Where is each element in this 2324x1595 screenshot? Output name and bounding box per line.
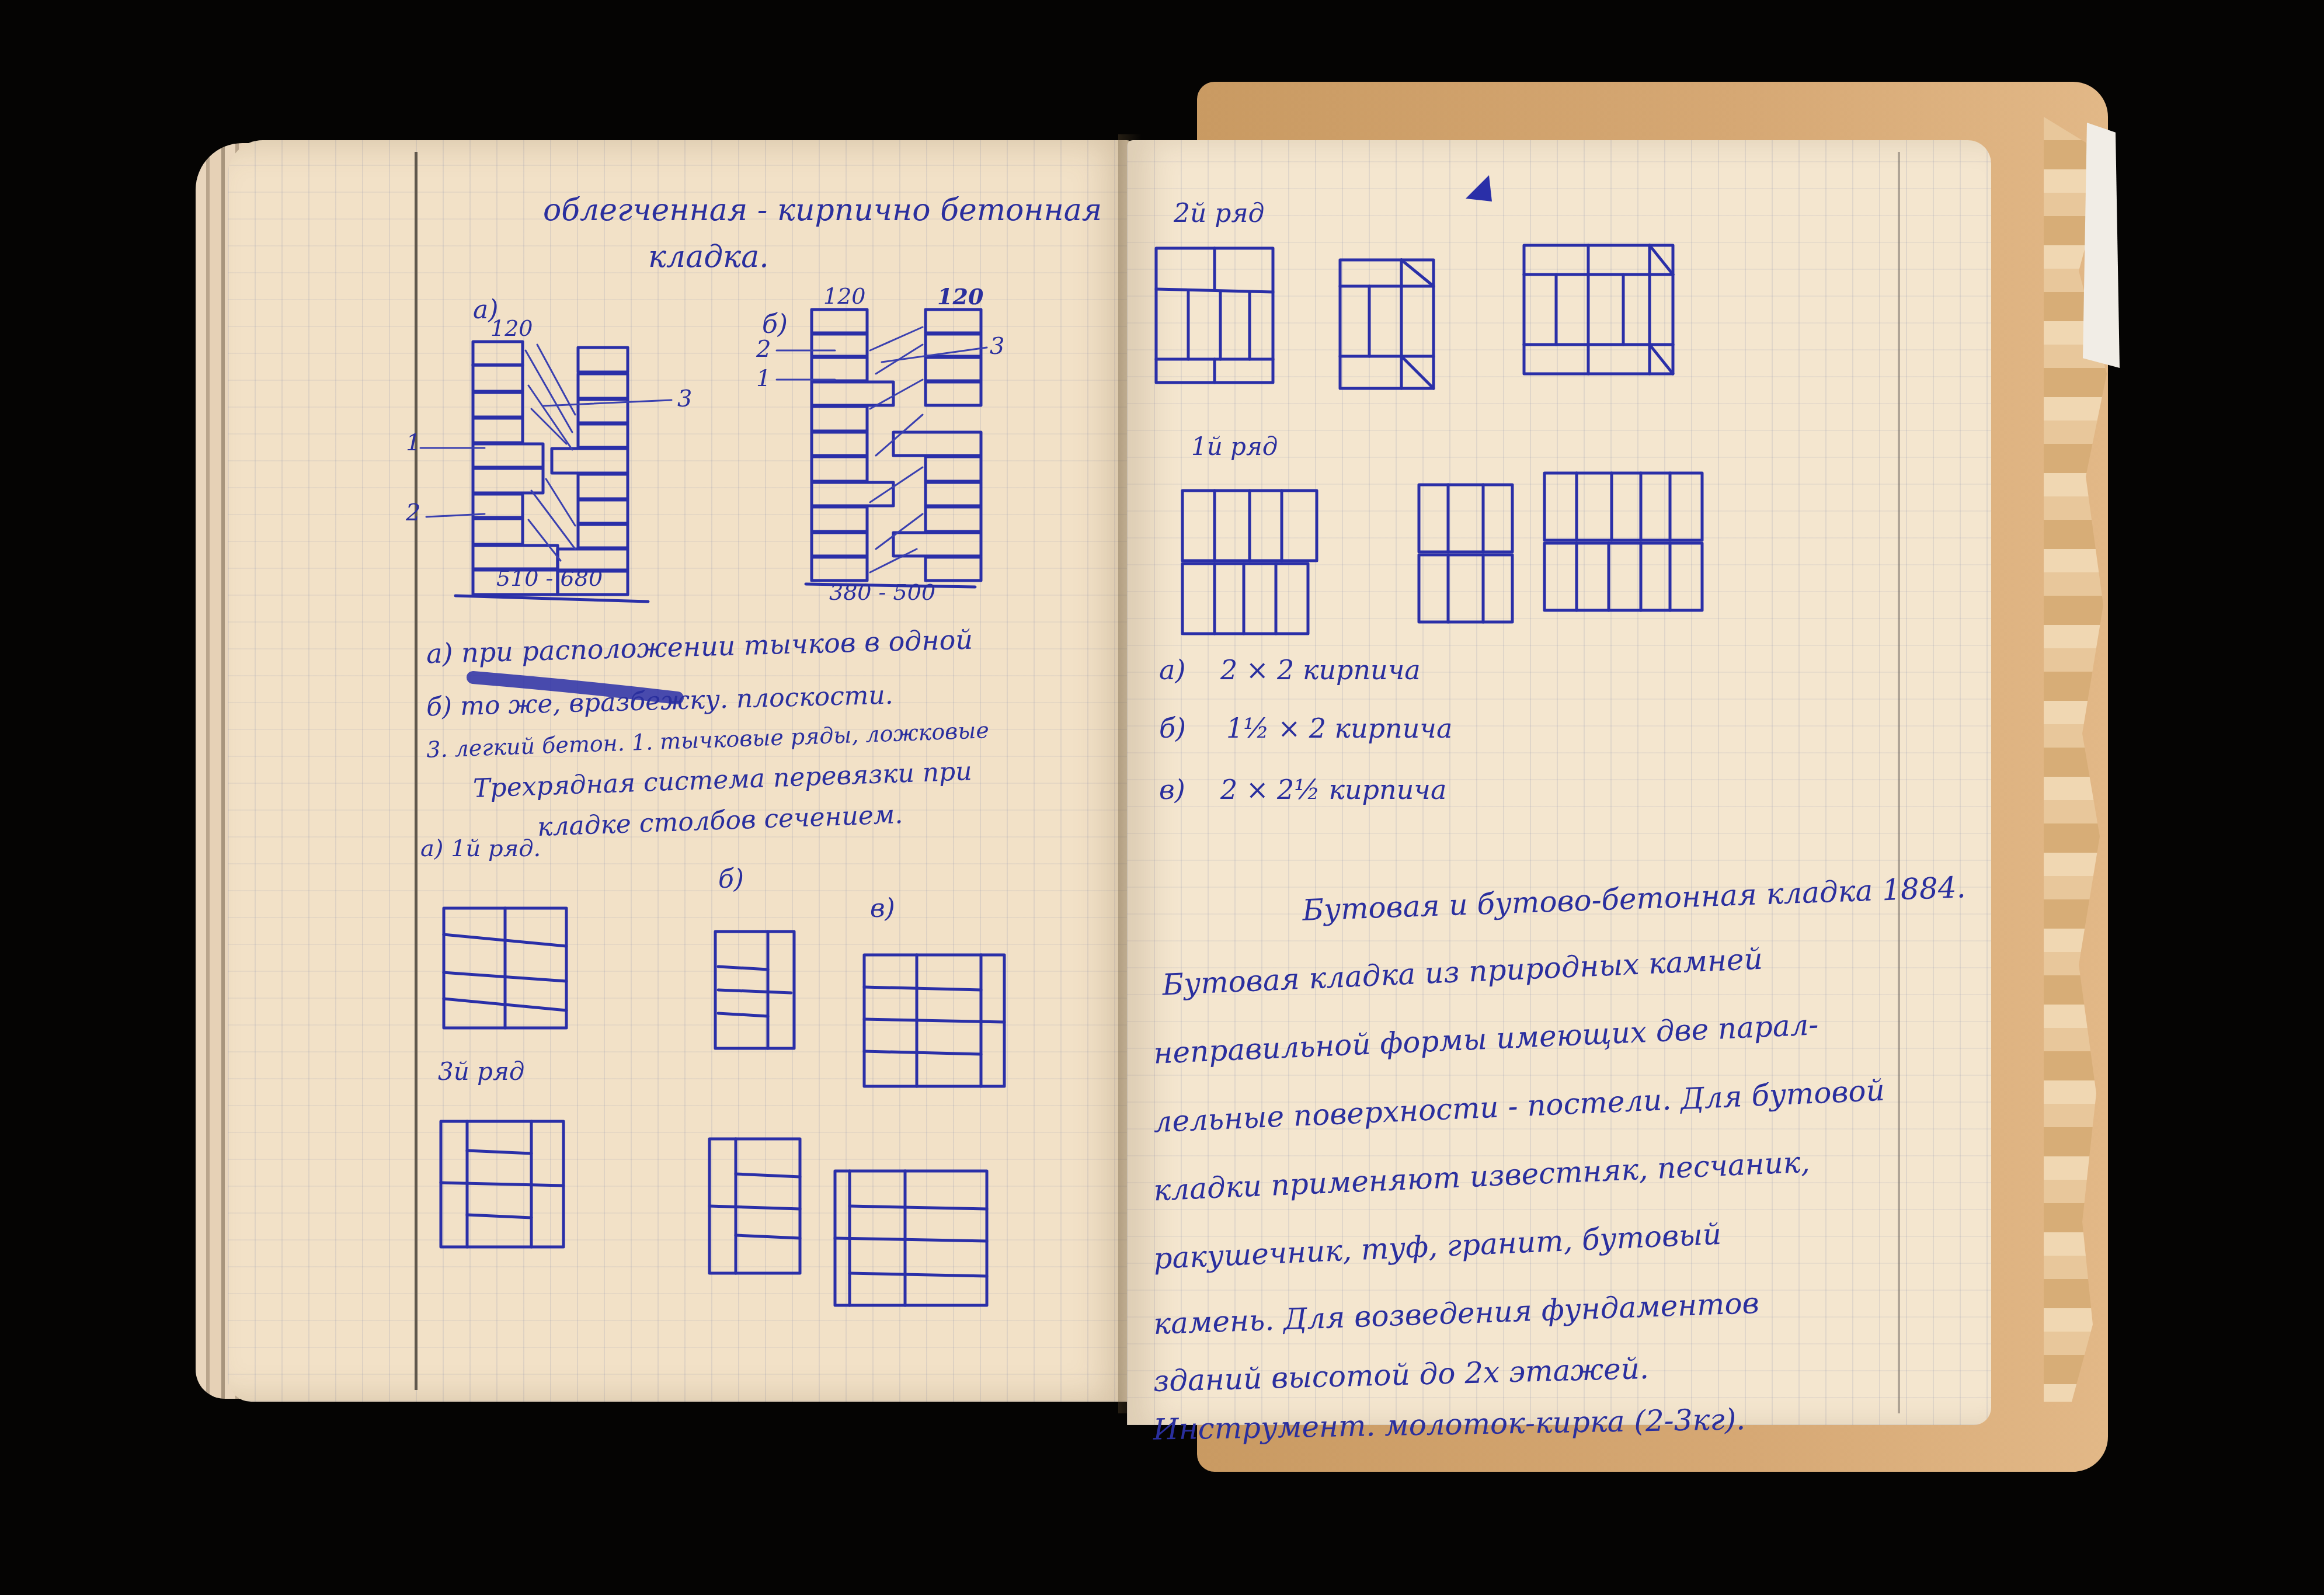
legend-key-a: а) [1159, 654, 1185, 686]
legend-text-v: 2 × 2½ кирпича [1220, 774, 1446, 805]
legend-text-b: 1½ × 2 кирпича [1226, 713, 1452, 744]
left-page: облегченная - кирпично бетонная кладка. … [228, 140, 1133, 1402]
third-row-diagrams [228, 140, 1133, 1402]
legend-key-b: б) [1159, 713, 1186, 744]
legend-text-a: 2 × 2 кирпича [1220, 654, 1421, 686]
right-page: 2й ряд 1й ряд [1127, 140, 1991, 1425]
legend-key-v: в) [1159, 774, 1185, 805]
